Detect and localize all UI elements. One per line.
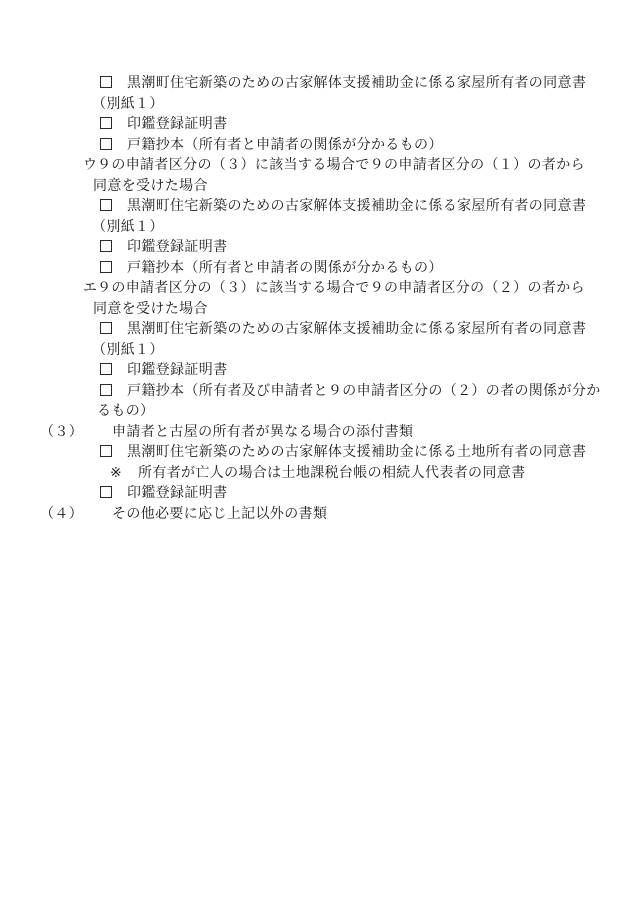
line-text: （別紙１）: [92, 97, 164, 112]
checklist-line: 印鑑登録証明書: [0, 238, 630, 259]
checklist-line: 同意を受けた場合: [0, 300, 630, 321]
checklist-line: 黒潮町住宅新築のための古家解体支援補助金に係る土地所有者の同意書: [0, 443, 630, 464]
checklist-line: 黒潮町住宅新築のための古家解体支援補助金に係る家屋所有者の同意書: [0, 197, 630, 218]
line-text: ９の申請者区分の（３）に該当する場合で９の申請者区分の（２）の者から: [97, 281, 585, 296]
empty-checkbox-icon: [100, 76, 112, 88]
line-text: 印鑑登録証明書: [127, 240, 227, 255]
line-text: ９の申請者区分の（３）に該当する場合で９の申請者区分の（１）の者から: [97, 158, 585, 173]
item-label: ウ: [83, 156, 97, 177]
line-text: 同意を受けた場合: [93, 302, 208, 317]
line-text: 申請者と古屋の所有者が異なる場合の添付書類: [112, 425, 413, 440]
item-label: （３）: [40, 423, 112, 444]
checklist-line: 印鑑登録証明書: [0, 361, 630, 382]
checklist-line: 黒潮町住宅新築のための古家解体支援補助金に係る家屋所有者の同意書: [0, 74, 630, 95]
line-text: 黒潮町住宅新築のための古家解体支援補助金に係る家屋所有者の同意書: [127, 322, 586, 337]
line-text: 印鑑登録証明書: [127, 486, 227, 501]
line-text: 同意を受けた場合: [93, 179, 208, 194]
checklist-line: （別紙１）: [0, 95, 630, 116]
checklist-line: 同意を受けた場合: [0, 177, 630, 198]
line-text: （別紙１）: [92, 343, 164, 358]
checklist-line: （別紙１）: [0, 341, 630, 362]
checklist-line: エ９の申請者区分の（３）に該当する場合で９の申請者区分の（２）の者から: [0, 279, 630, 300]
checklist-line: ※所有者が亡人の場合は土地課税台帳の相続人代表者の同意書: [0, 464, 630, 485]
checklist-line: 戸籍抄本（所有者と申請者の関係が分かるもの）: [0, 136, 630, 157]
line-text: 黒潮町住宅新築のための古家解体支援補助金に係る家屋所有者の同意書: [127, 199, 586, 214]
checklist-line: （別紙１）: [0, 218, 630, 239]
checklist-line: （３）申請者と古屋の所有者が異なる場合の添付書類: [0, 423, 630, 444]
line-text: （別紙１）: [92, 220, 164, 235]
line-text: 所有者が亡人の場合は土地課税台帳の相続人代表者の同意書: [138, 466, 525, 481]
item-label: エ: [83, 279, 97, 300]
checklist-line: 印鑑登録証明書: [0, 484, 630, 505]
document-page: 黒潮町住宅新築のための古家解体支援補助金に係る家屋所有者の同意書（別紙１）印鑑登…: [0, 0, 630, 903]
line-text: 戸籍抄本（所有者と申請者の関係が分かるもの）: [127, 261, 443, 276]
empty-checkbox-icon: [100, 240, 112, 252]
empty-checkbox-icon: [100, 117, 112, 129]
line-text: 印鑑登録証明書: [127, 363, 227, 378]
line-text: 黒潮町住宅新築のための古家解体支援補助金に係る土地所有者の同意書: [127, 445, 586, 460]
empty-checkbox-icon: [100, 261, 112, 273]
checklist-line: 戸籍抄本（所有者と申請者の関係が分かるもの）: [0, 259, 630, 280]
empty-checkbox-icon: [100, 138, 112, 150]
line-text: るもの）: [97, 404, 154, 419]
empty-checkbox-icon: [100, 445, 112, 457]
checklist-line: 戸籍抄本（所有者及び申請者と９の申請者区分の（２）の者の関係が分か: [0, 382, 630, 403]
item-label: ※: [110, 464, 138, 485]
checklist-line: （４）その他必要に応じ上記以外の書類: [0, 505, 630, 526]
item-label: （４）: [40, 505, 112, 526]
line-text: 戸籍抄本（所有者及び申請者と９の申請者区分の（２）の者の関係が分か: [127, 384, 601, 399]
line-text: 戸籍抄本（所有者と申請者の関係が分かるもの）: [127, 138, 443, 153]
line-text: その他必要に応じ上記以外の書類: [112, 507, 327, 522]
empty-checkbox-icon: [100, 384, 112, 396]
checklist-line: 黒潮町住宅新築のための古家解体支援補助金に係る家屋所有者の同意書: [0, 320, 630, 341]
checklist-document: 黒潮町住宅新築のための古家解体支援補助金に係る家屋所有者の同意書（別紙１）印鑑登…: [0, 74, 630, 525]
empty-checkbox-icon: [100, 322, 112, 334]
checklist-line: 印鑑登録証明書: [0, 115, 630, 136]
empty-checkbox-icon: [100, 486, 112, 498]
empty-checkbox-icon: [100, 363, 112, 375]
checklist-line: ウ９の申請者区分の（３）に該当する場合で９の申請者区分の（１）の者から: [0, 156, 630, 177]
line-text: 黒潮町住宅新築のための古家解体支援補助金に係る家屋所有者の同意書: [127, 76, 586, 91]
empty-checkbox-icon: [100, 199, 112, 211]
line-text: 印鑑登録証明書: [127, 117, 227, 132]
checklist-line: るもの）: [0, 402, 630, 423]
